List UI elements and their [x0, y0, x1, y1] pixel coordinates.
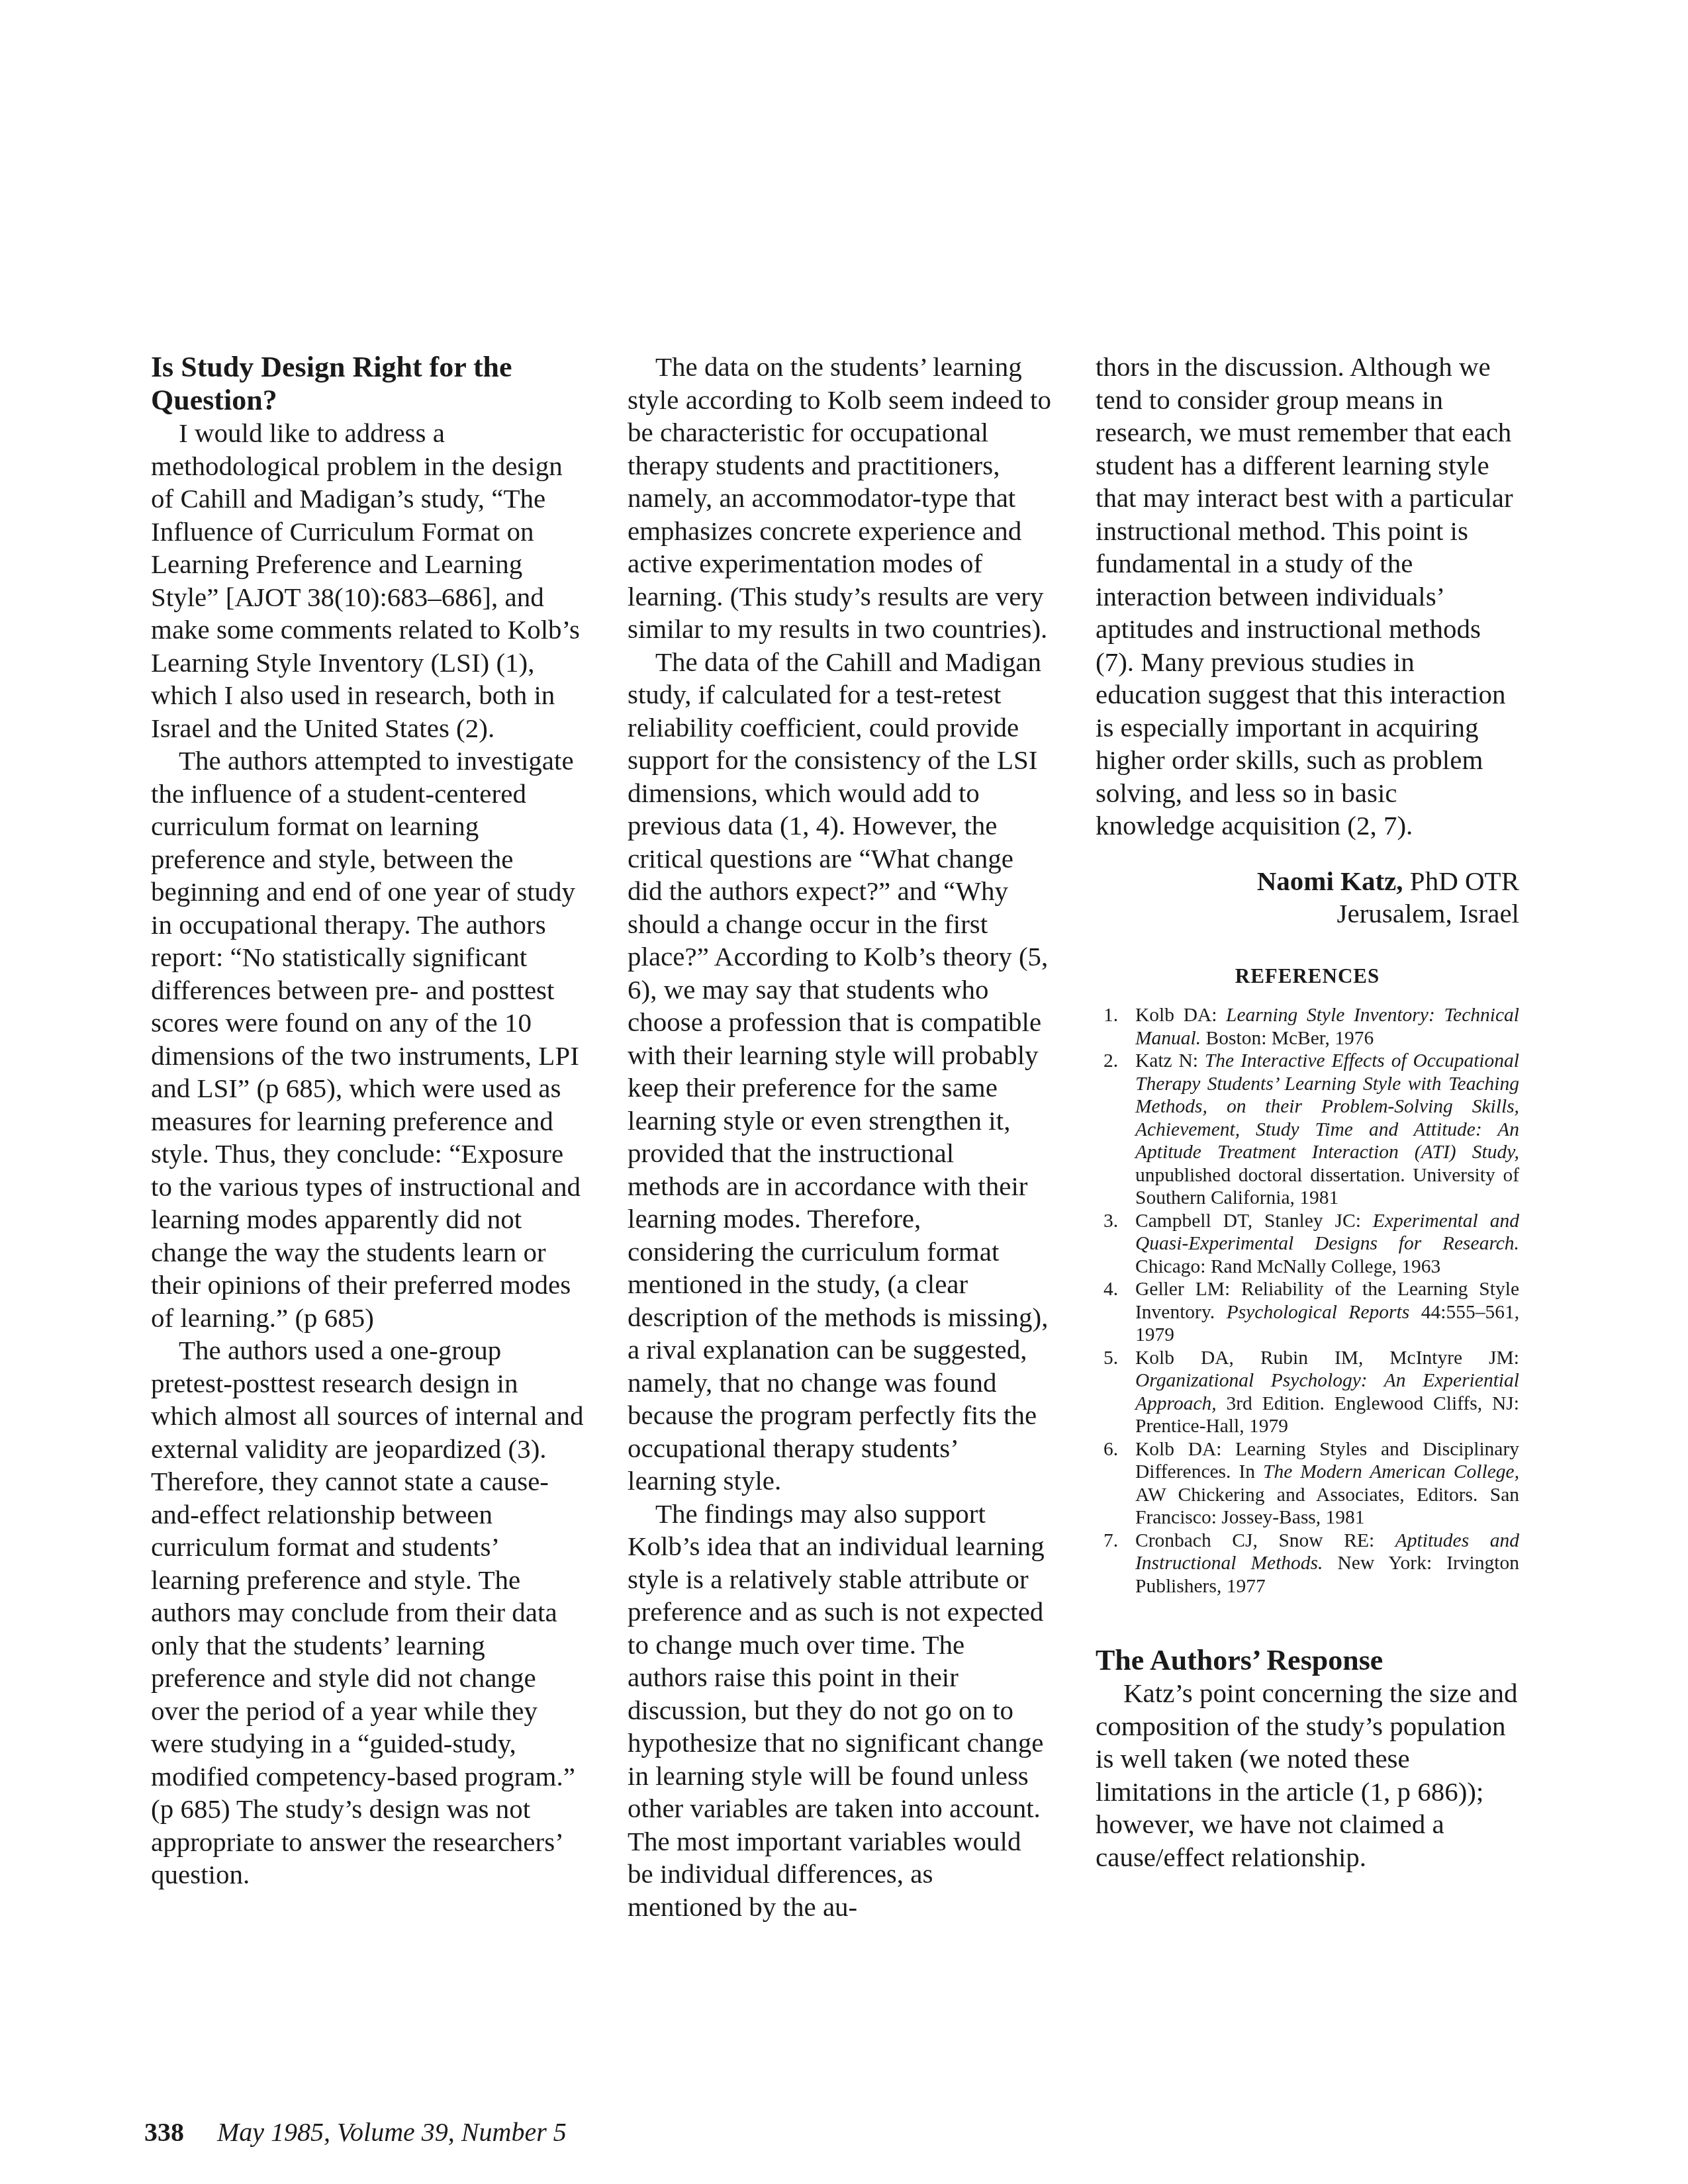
letter-paragraph-2: The authors attempted to investigate the…	[151, 745, 588, 1334]
reference-item: 5.Kolb DA, Rubin IM, McIntyre JM: Organi…	[1096, 1347, 1519, 1438]
letter-signature: Naomi Katz, PhD OTR Jerusalem, Israel	[1096, 865, 1519, 931]
letter-heading: Is Study Design Right for the Question?	[151, 351, 588, 417]
column-3: thors in the discussion. Although we ten…	[1096, 351, 1519, 1874]
reference-item: 1.Kolb DA: Learning Style Inventory: Tec…	[1096, 1004, 1519, 1050]
letter-paragraph-4: The data on the students’ learning style…	[628, 351, 1051, 646]
references-list: 1.Kolb DA: Learning Style Inventory: Tec…	[1096, 1004, 1519, 1598]
reference-item: 6.Kolb DA: Learning Styles and Disciplin…	[1096, 1438, 1519, 1529]
page-footer: 338 May 1985, Volume 39, Number 5	[144, 2116, 567, 2148]
letter-paragraph-1: I would like to address a methodological…	[151, 417, 588, 745]
letter-paragraph-6-continued: thors in the discussion. Although we ten…	[1096, 351, 1519, 842]
letter-paragraph-6: The findings may also support Kolb’s ide…	[628, 1498, 1051, 1924]
reference-item: 7.Cronbach CJ, Snow RE: Aptitudes and In…	[1096, 1529, 1519, 1598]
response-heading: The Authors’ Response	[1096, 1644, 1519, 1677]
reference-item: 3.Campbell DT, Stanley JC: Experimental …	[1096, 1210, 1519, 1279]
references-title: REFERENCES	[1096, 960, 1519, 993]
page-number: 338	[144, 2117, 184, 2147]
response-paragraph: Katz’s point concerning the size and com…	[1096, 1677, 1519, 1874]
author-credentials: PhD OTR	[1403, 866, 1519, 896]
reference-item: 4.Geller LM: Reliability of the Learning…	[1096, 1278, 1519, 1347]
column-2: The data on the students’ learning style…	[628, 351, 1051, 1923]
author-location: Jerusalem, Israel	[1096, 897, 1519, 931]
column-1: Is Study Design Right for the Question? …	[151, 351, 588, 1891]
author-name: Naomi Katz,	[1257, 866, 1403, 896]
letter-paragraph-5: The data of the Cahill and Madigan study…	[628, 646, 1051, 1498]
issue-info: May 1985, Volume 39, Number 5	[217, 2117, 567, 2147]
letter-paragraph-3: The authors used a one-group pretest-pos…	[151, 1334, 588, 1891]
reference-item: 2.Katz N: The Interactive Effects of Occ…	[1096, 1050, 1519, 1210]
